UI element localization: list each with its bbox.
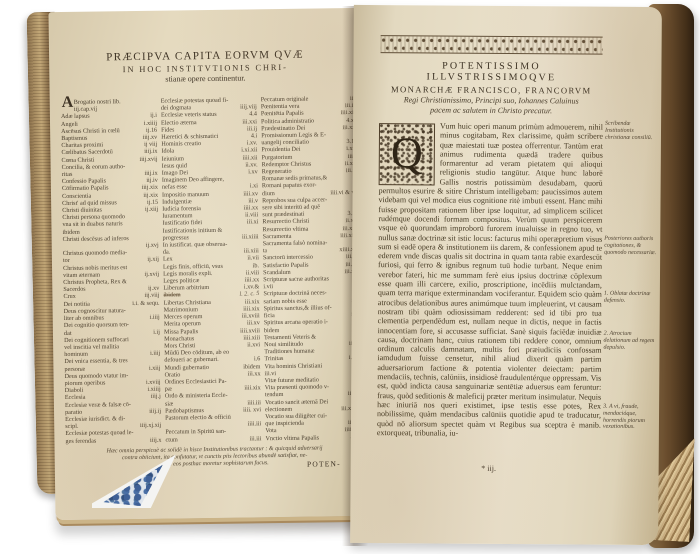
margin-notes: Scribendæ Institutionis christianæ consi… [602, 7, 660, 545]
index-entry-text: Sacramenta falsò nomina- [263, 239, 328, 247]
index-entry-ref [259, 413, 261, 420]
index-entry: ges ferendasiiij.x [65, 436, 161, 445]
photo-background: PRÆCIPVA CAPITA EORVM QVÆ IN HOC INSTITV… [0, 0, 700, 554]
drop-cap-q: Q [379, 123, 435, 185]
index-entry-text: Peccatum in Spiritū san- [165, 428, 226, 436]
dedication-title-line-3: Regi Christianissimo, Principi suo, Ioha… [379, 95, 603, 106]
index-entry-ref [157, 249, 159, 256]
index-entry-text: Dei vnica essentia, & tres [64, 357, 128, 365]
index-entry-text: Vnctio vltima Papalis [265, 434, 319, 442]
index-entry-text: Christus quomodo media- [63, 249, 127, 257]
signature-mark: * iij. [377, 463, 601, 474]
margin-note: 1. Oblatæ doctrinæ defensio. [604, 291, 658, 305]
index-entry-text: Liberum arbitrium [163, 284, 209, 292]
index-entry-text: Imaginem Deo affingere, [162, 176, 224, 184]
index-entry-ref [259, 392, 261, 399]
index-entry-text: ges ferendas [65, 437, 96, 445]
index-entry-ref [156, 163, 158, 170]
index-entry-ref: iiij.xj.xij [138, 422, 161, 430]
right-page: POTENTISSIMO ILLVSTRISSIMOQVE MONARCHÆ F… [350, 5, 662, 545]
index-entry-ref [158, 357, 160, 364]
index-entry-ref: iiij.x [148, 436, 162, 443]
index-entry-ref [156, 213, 158, 220]
index-entry-ref [258, 348, 260, 355]
index-entry-ref [157, 235, 159, 242]
index-entry-ref [158, 307, 160, 314]
index-entry-text: que inspicienda [265, 420, 304, 428]
index-entry-text: Vita præsenti quomodo v- [265, 383, 330, 391]
index-entry-text: vel inscitia vel malitia [64, 343, 119, 351]
index-entry-text: Dei cognitio quorsum ten- [64, 321, 129, 329]
index-entry-ref [159, 400, 161, 407]
index-entry-text: Traditiones humanæ [264, 348, 315, 356]
index-entry-text: Pastorum electio & officiū [165, 414, 231, 422]
index-entry-text: Electio æterna [161, 119, 197, 127]
index-entry-ref: i.i. & sequ. [130, 299, 159, 307]
index-entry-text: Ecclesiæ iurisdict. & di- [65, 415, 125, 423]
index-column-2: Ecclesiæ potestas quoad fi-dei dogmataii… [161, 96, 262, 443]
catchword: POTEN- [307, 459, 341, 468]
headpiece-ornament [381, 35, 603, 55]
index-entry-ref [155, 98, 157, 105]
index-entry-text: dat [64, 329, 72, 336]
index-entry-text: Mundi gubernatio [164, 364, 209, 372]
index-entry-text: piorum operibus [65, 379, 106, 387]
index-entry-text: Vocatio sancit æternā Dei [265, 398, 328, 406]
index-entry-text: Spiritus arcana operatio i- [264, 319, 328, 327]
index-entry-text: ctum [165, 436, 177, 443]
index-entry-text: Christi descēsus ad inferos [63, 235, 129, 243]
index-columns: Brogatio nostri lib.iij.cap.vijAdæ lapsu… [61, 95, 362, 445]
index-entry-ref [159, 415, 161, 422]
index-entry-text: Vita hominis Christiani [264, 362, 322, 370]
index-entry-ref [159, 429, 161, 436]
index-entry-ref [156, 227, 158, 234]
index-entry-text: Spiritus sanctus,& illius of- [264, 304, 332, 312]
dedication-title-line-1: POTENTISSIMO ILLVSTRISSIMOQVE [379, 60, 603, 84]
index-entry-text: In iustificat. quæ obserua- [163, 241, 228, 249]
margin-note: 3. A vi, fraude, mendacióque, horrendis … [603, 404, 657, 432]
index-column-1: Brogatio nostri lib.iij.cap.vijAdæ lapsu… [61, 98, 162, 445]
index-entry-text: pæ [165, 386, 172, 393]
index-entry-text: Ecclesiæ potestas quoad le- [65, 429, 133, 437]
index-entry-text: Ordines Ecclesiastici Pa- [165, 378, 227, 386]
index-entry-ref: iii.iii [248, 435, 262, 442]
left-page: PRÆCIPVA CAPITA EORVM QVÆ IN HOC INSTITV… [48, 8, 367, 520]
index-entry-text: Scripturæ sacræ authoritas [263, 275, 329, 283]
index-entry-text: Ordo & ministeria Eccle- [165, 392, 228, 400]
index-entry-text: Hominis creatio [161, 140, 201, 148]
index-entry: ctumiii.iii [165, 435, 261, 444]
index-entry-text: Christus Propheta, Rex & [63, 278, 127, 286]
left-page-heading: PRÆCIPVA CAPITA EORVM QVÆ IN HOC INSTITV… [48, 8, 361, 85]
index-entry-text: Ecclesiæ potestas quoad fi- [161, 97, 229, 105]
dedication-text-block: POTENTISSIMO ILLVSTRISSIMOQVE MONARCHÆ F… [377, 35, 604, 439]
index-entry-text: tor [63, 257, 70, 264]
index-entry-text: Ecclesiæ veræ & falsæ cō- [65, 401, 131, 409]
dedication-title-line-2: MONARCHÆ FRANCISCO, FRANCORVM [379, 84, 603, 96]
index-entry-ref [259, 428, 261, 435]
margin-note: 2. Atrocium delationum ad regem depulsio… [603, 331, 657, 352]
index-entry-ref [257, 240, 259, 247]
index-entry-text: Ascēsus Christi in cœlū [61, 127, 120, 135]
index-entry-ref [256, 176, 258, 183]
index-entry-ref [256, 226, 258, 233]
index-entry-ref [158, 343, 160, 350]
index-entry-ref [157, 278, 159, 285]
index-entry-ref [155, 105, 157, 112]
index-entry-text: Romani papatus exor- [262, 182, 317, 190]
index-entry-ref [158, 335, 160, 342]
dedication-title-line-4: pacem ac salutem in Christo precatur. [379, 105, 603, 116]
index-entry-text: Concilia, & eorum autho- [62, 163, 126, 171]
index-entry-text: ta [263, 247, 268, 254]
index-entry-text: Iustificationis initium & [162, 226, 222, 234]
index-entry-ref: iiij.xvij [137, 155, 157, 162]
margin-note: Scribendæ Institutionis christianæ consi… [605, 121, 659, 142]
dedication-body: Q Vum huic operi manum primùm admouerem,… [377, 121, 603, 439]
margin-note: Posteriores authoris cogitationes, & quo… [604, 236, 658, 257]
index-entry-ref [156, 220, 158, 227]
index-entry-ref [255, 96, 257, 103]
index-entry-ref [157, 263, 159, 270]
index-entry-ref [259, 377, 261, 384]
index-entry-ref [158, 321, 160, 328]
index-entry-ref [158, 371, 160, 378]
index-entry-text: vna sit in duabus naturis [62, 221, 122, 229]
